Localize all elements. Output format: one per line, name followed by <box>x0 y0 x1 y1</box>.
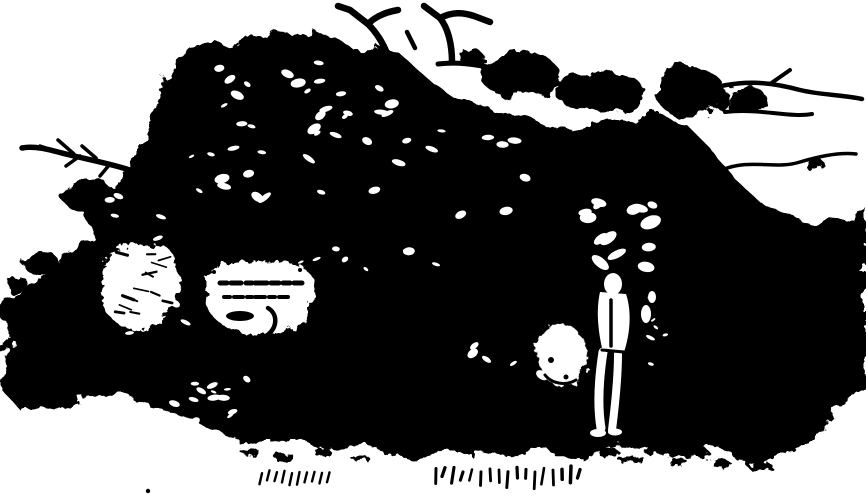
wood-engraving-vignette: A dark mass of oak trees and bushes; bar… <box>0 0 866 497</box>
engraving-page: A dark mass of oak trees and bushes; bar… <box>0 0 866 497</box>
